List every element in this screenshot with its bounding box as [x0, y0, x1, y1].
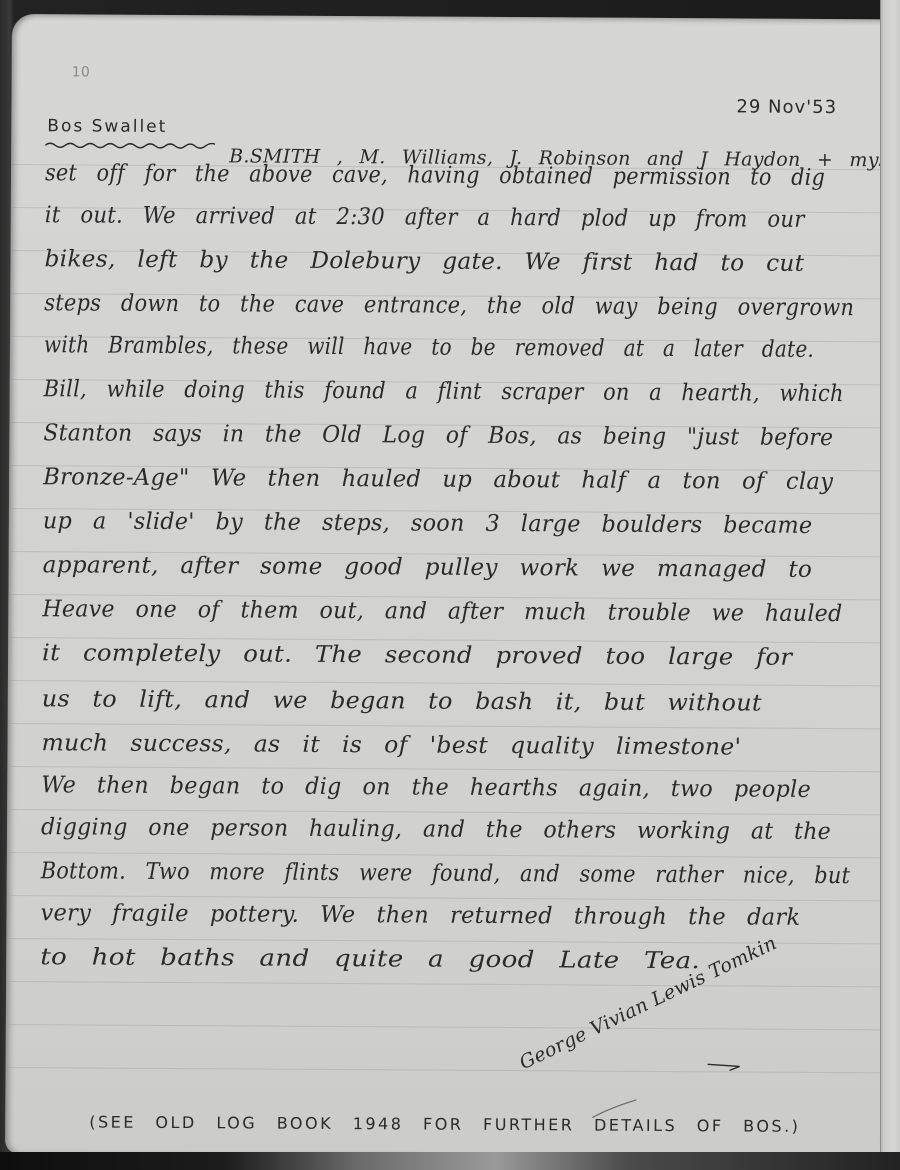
ruled-line [6, 1024, 884, 1030]
page-number: 10 [72, 64, 91, 80]
ruled-line [6, 1067, 884, 1073]
next-page-edge [880, 0, 900, 1170]
ruled-lines [12, 14, 890, 19]
ruled-line [8, 723, 886, 729]
entry-body: set off for the above cave, having obtai… [12, 14, 890, 19]
handwritten-line: us to lift, and we began to bash it, but… [42, 686, 762, 716]
handwritten-line: it completely out. The second proved too… [42, 640, 792, 671]
footnote: (SEE OLD LOG BOOK 1948 FOR FURTHER DETAI… [89, 1112, 800, 1135]
handwritten-line: set off for the above cave, having obtai… [45, 160, 825, 191]
arrow-mark [706, 1060, 746, 1072]
scanned-photo: 10 29 Nov'53 Bos Swallet B.SMITH , M. Wi… [0, 0, 900, 1170]
handwritten-line: very fragile pottery. We then returned t… [40, 900, 800, 931]
handwritten-line: apparent, after some good pulley work we… [43, 552, 813, 583]
handwritten-line: digging one person hauling, and the othe… [41, 814, 831, 845]
handwritten-line: up a 'slide' by the steps, soon 3 large … [43, 508, 813, 539]
handwritten-line: bikes, left by the Dolebury gate. We fir… [44, 246, 804, 277]
handwritten-line: steps down to the cave entrance, the old… [44, 290, 854, 321]
entry-title: Bos Swallet [47, 116, 167, 137]
scan-bottom-edge [0, 1152, 900, 1170]
ruled-line [7, 766, 885, 772]
handwritten-line: Bronze-Age" We then hauled up about half… [43, 464, 833, 495]
handwritten-line: We then began to dig on the hearths agai… [41, 772, 811, 803]
handwritten-line: it out. We arrived at 2:30 after a hard … [45, 202, 805, 233]
ruled-line [6, 981, 884, 987]
notebook-page: 10 29 Nov'53 Bos Swallet B.SMITH , M. Wi… [5, 14, 890, 1159]
handwritten-line: Bill, while doing this found a flint scr… [44, 376, 844, 407]
ruled-line [8, 680, 886, 686]
handwritten-line: Heave one of them out, and after much tr… [42, 596, 842, 627]
handwritten-line: Bottom. Two more flints were found, and … [41, 858, 851, 889]
handwritten-line: much success, as it is of 'best quality … [41, 730, 741, 760]
ruled-line [7, 852, 885, 858]
entry-date: 29 Nov'53 [736, 96, 837, 118]
handwritten-line: to hot baths and quite a good Late Tea. [40, 944, 700, 974]
handwritten-line: Stanton says in the Old Log of Bos, as b… [43, 420, 833, 451]
wavy-underline [45, 140, 215, 149]
handwritten-line: with Brambles, these will have to be rem… [44, 332, 814, 363]
